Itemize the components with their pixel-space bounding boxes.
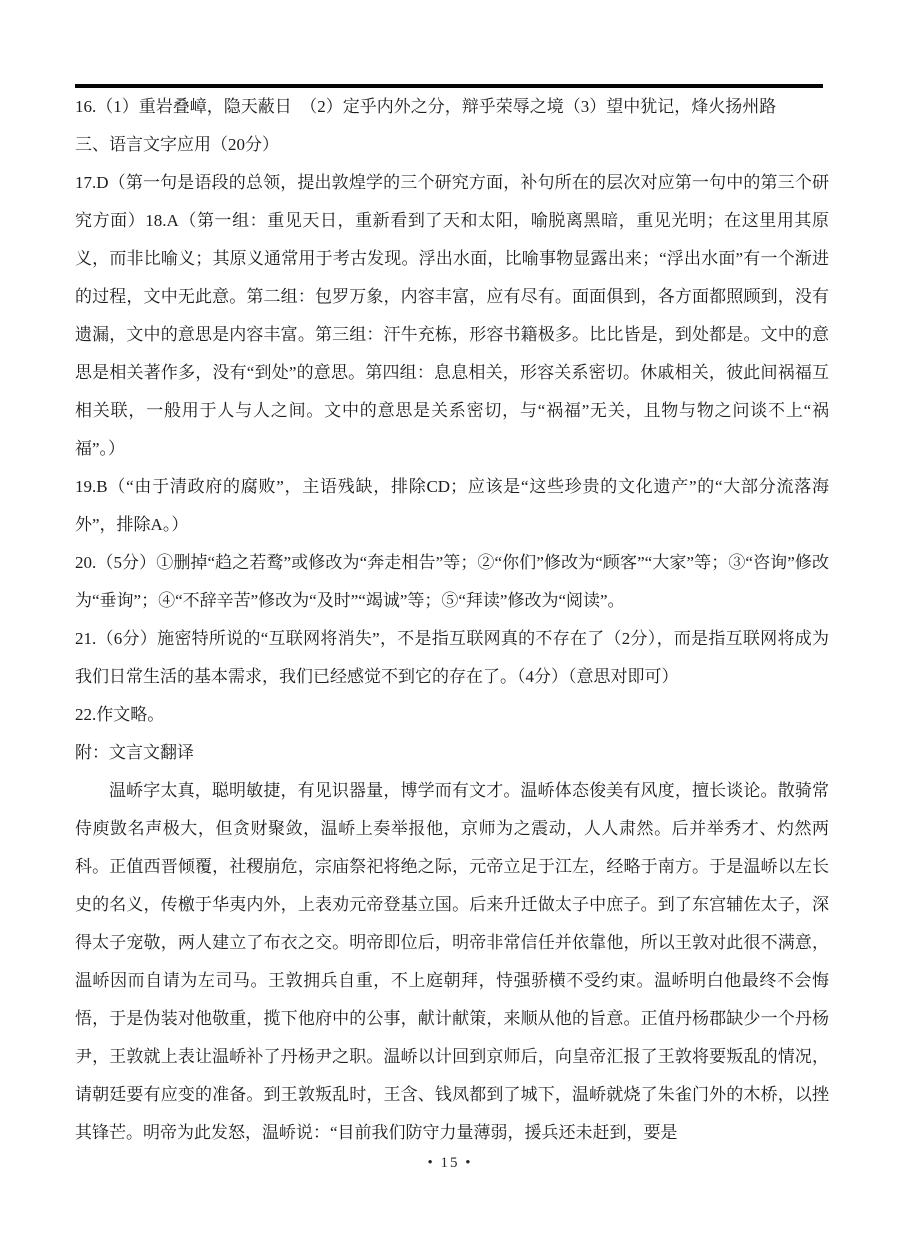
section-3-heading: 三、语言文字应用（20分） [75,126,829,164]
answer-20: 20.（5分）①删掉“趋之若鹜”或修改为“奔走相告”等；②“你们”修改为“顾客”… [75,544,829,620]
answer-19: 19.B（“由于清政府的腐败”，主语残缺，排除CD；应该是“这些珍贵的文化遗产”… [75,468,829,544]
answer-sheet-content: 16.（1）重岩叠嶂，隐天蔽日 （2）定乎内外之分，辩乎荣辱之境（3）望中犹记，… [75,88,829,1152]
answer-21: 21.（6分）施密特所说的“互联网将消失”，不是指互联网真的不存在了（2分），而… [75,620,829,696]
answer-17-18: 17.D（第一句是语段的总领，提出敦煌学的三个研究方面，补句所在的层次对应第一句… [75,164,829,468]
classical-translation-paragraph: 温峤字太真，聪明敏捷，有见识器量，博学而有文才。温峤体态俊美有风度，擅长谈论。散… [75,772,829,1152]
appendix-heading: 附：文言文翻译 [75,734,829,772]
exam-answer-page: 16.（1）重岩叠嶂，隐天蔽日 （2）定乎内外之分，辩乎荣辱之境（3）望中犹记，… [0,0,900,1246]
answer-16: 16.（1）重岩叠嶂，隐天蔽日 （2）定乎内外之分，辩乎荣辱之境（3）望中犹记，… [75,88,829,126]
answer-22: 22.作文略。 [75,696,829,734]
page-number: • 15 • [0,1155,900,1172]
